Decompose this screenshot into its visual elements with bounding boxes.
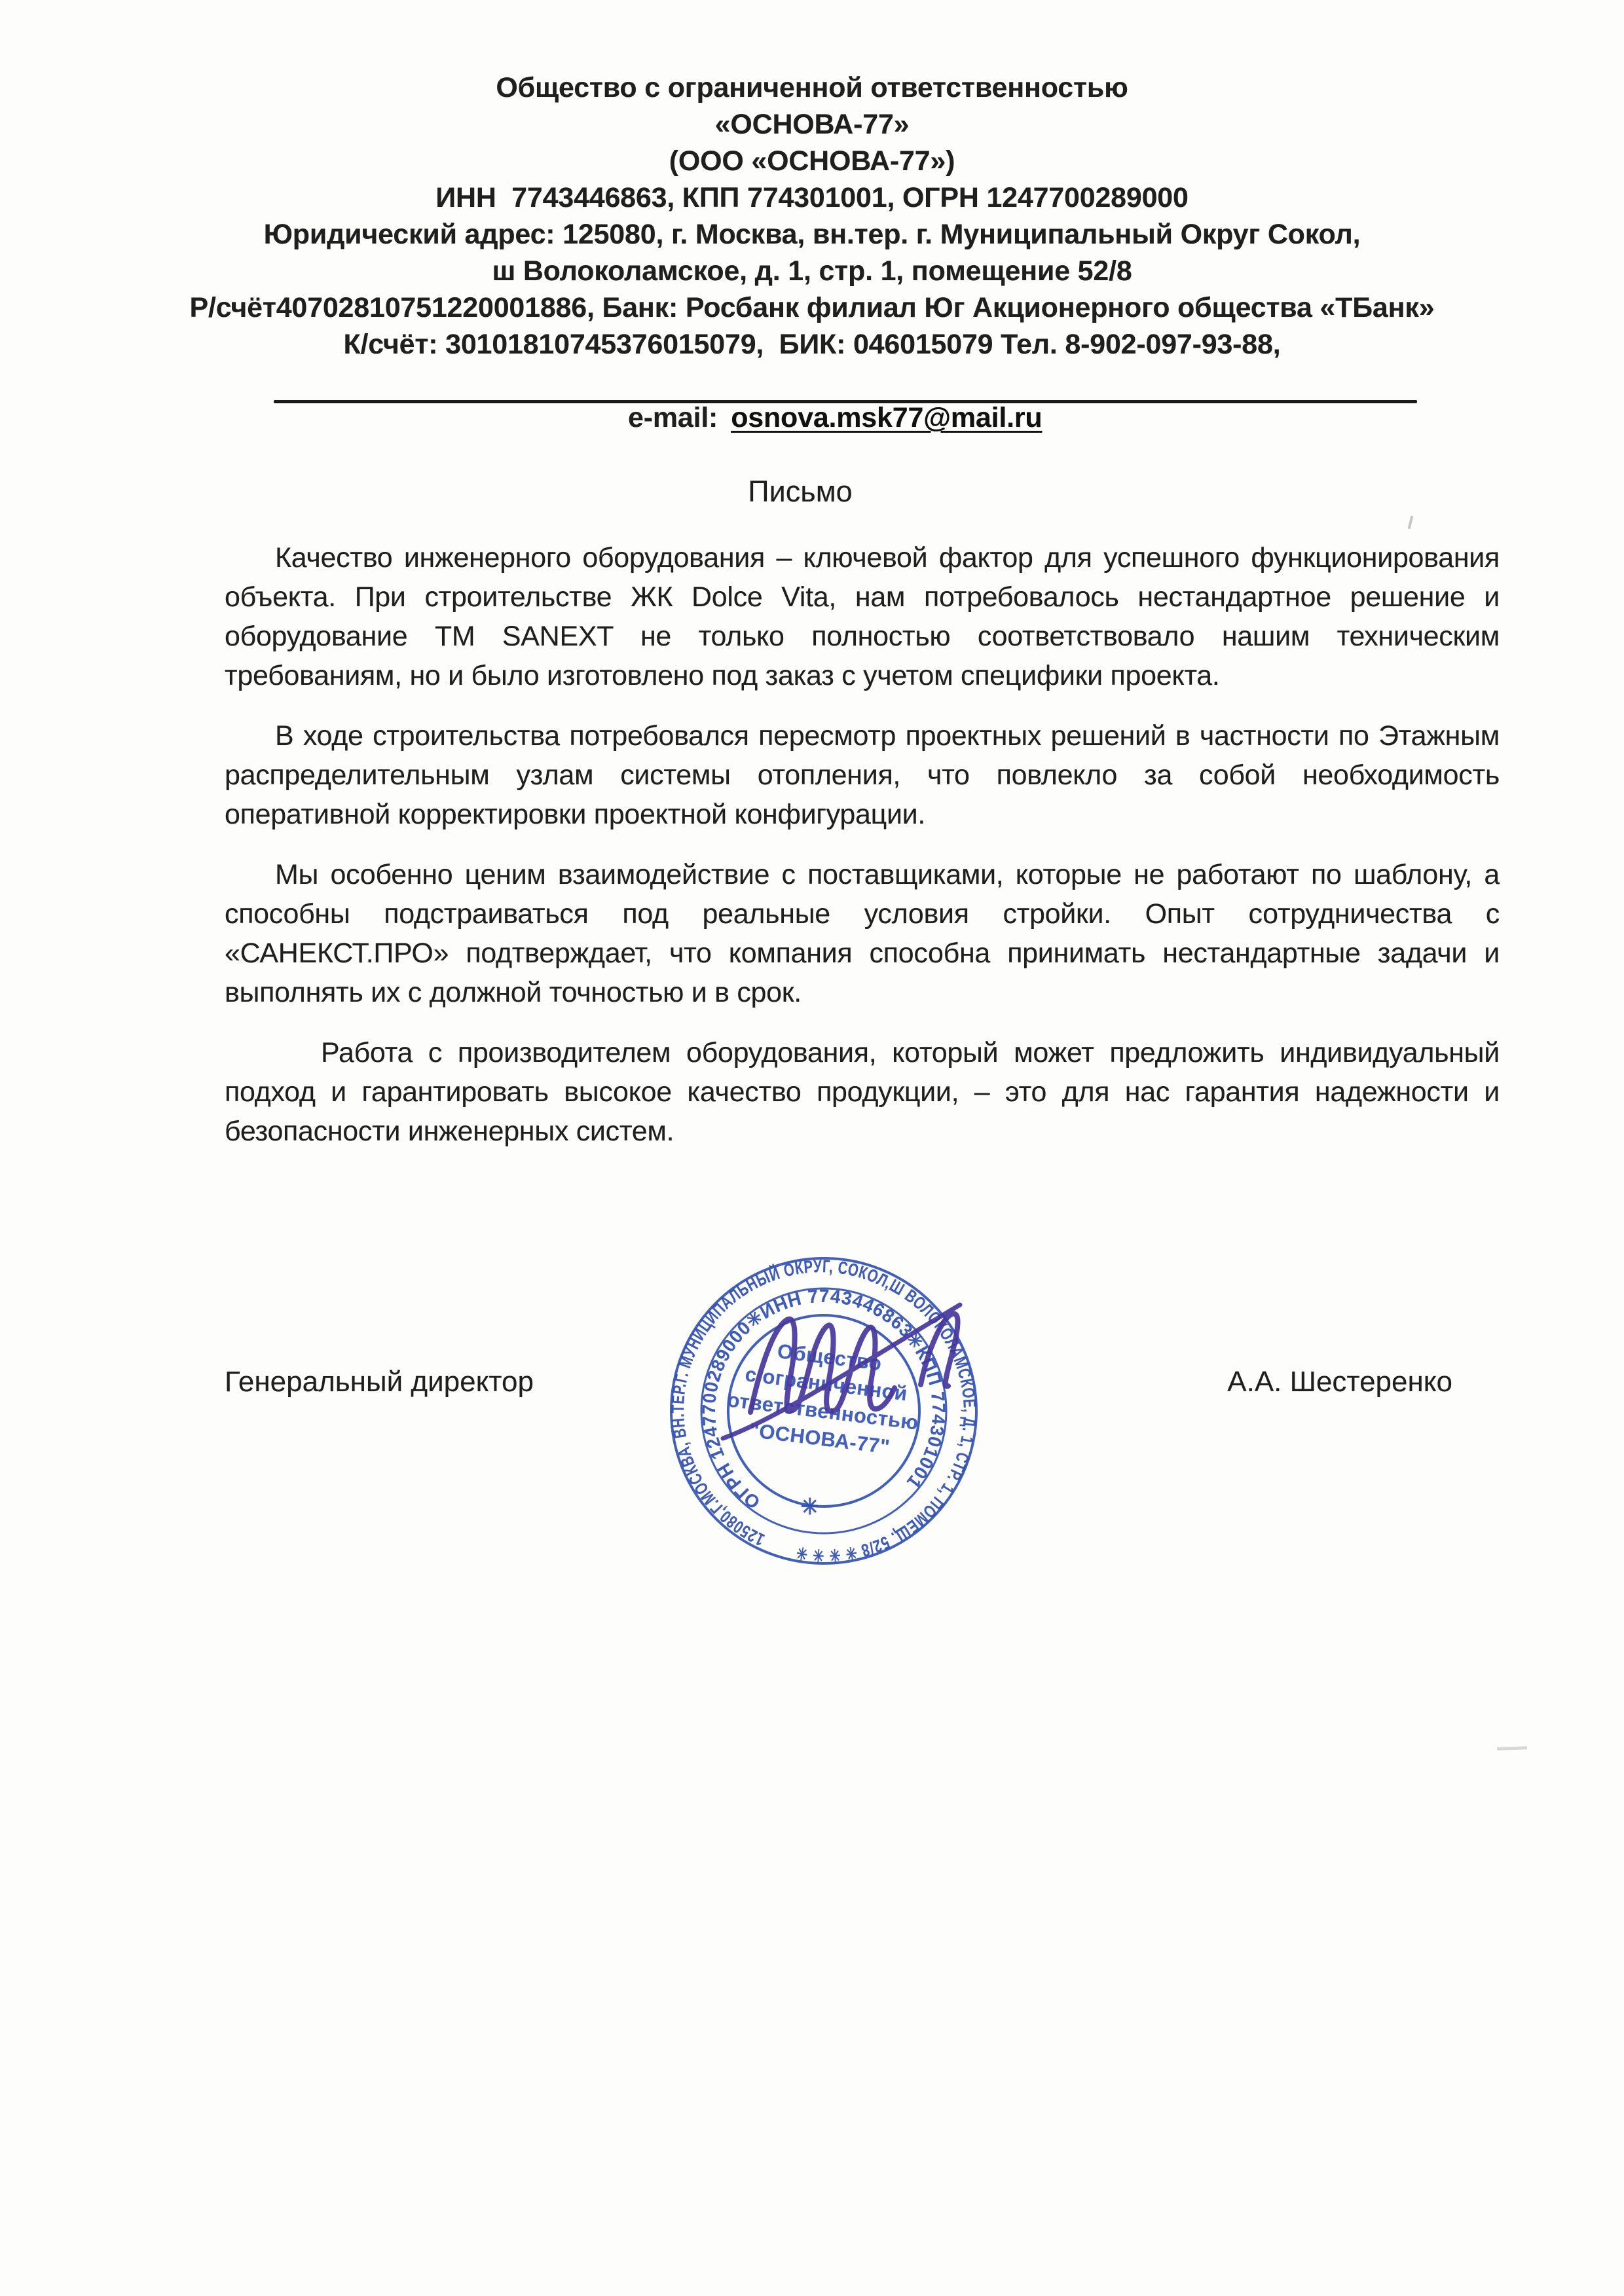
- paragraph-2: В ходе строительства потребовался пересм…: [225, 716, 1500, 834]
- company-full-name: Общество с ограниченной ответственностью: [98, 69, 1526, 106]
- company-inn-kpp-ogrn: ИНН 7743446863, КПП 774301001, ОГРН 1247…: [98, 179, 1526, 216]
- paragraph-3: Мы особенно ценим взаимодействие с поста…: [225, 855, 1500, 1012]
- company-stamp: 125080,Г.МОСКВА, ВН.ТЕР.Г. МУНИЦИПАЛЬНЫЙ…: [660, 1247, 994, 1581]
- paragraph-1: Качество инженерного оборудования – ключ…: [225, 538, 1500, 695]
- company-abbr-name: (ООО «ОСНОВА-77»): [98, 143, 1526, 179]
- signer-name: А.А. Шестеренко: [1227, 1363, 1452, 1400]
- letter-title: Письмо: [0, 473, 1600, 510]
- signer-position: Генеральный директор: [225, 1363, 534, 1400]
- stamp-bottom-star: ✳: [801, 1495, 820, 1520]
- corr-account-line: К/счёт: 30101810745376015079, БИК: 04601…: [98, 326, 1526, 363]
- email-label: e-mail:: [628, 402, 718, 433]
- letterhead: Общество с ограниченной ответственностью…: [98, 69, 1526, 473]
- paragraph-4: Работа с производителем оборудования, ко…: [225, 1033, 1500, 1151]
- scanned-letter-page: Общество с ограниченной ответственностью…: [0, 0, 1624, 2296]
- email-link[interactable]: osnova.msk77@mail.ru: [731, 402, 1042, 433]
- bank-account-line: Р/счёт40702810751220001886, Банк: Росбан…: [98, 289, 1526, 326]
- company-short-name: «ОСНОВА-77»: [98, 106, 1526, 143]
- letterhead-divider-line: [274, 400, 1417, 403]
- legal-address-line-2: ш Волоколамское, д. 1, стр. 1, помещение…: [98, 253, 1526, 289]
- email-line: e-mail:osnova.msk77@mail.ru: [98, 363, 1526, 473]
- legal-address-line-1: Юридический адрес: 125080, г. Москва, вн…: [98, 216, 1526, 253]
- scan-artifact: [1497, 1746, 1527, 1751]
- scan-artifact: [1408, 516, 1414, 529]
- letter-body: Качество инженерного оборудования – ключ…: [225, 538, 1500, 1172]
